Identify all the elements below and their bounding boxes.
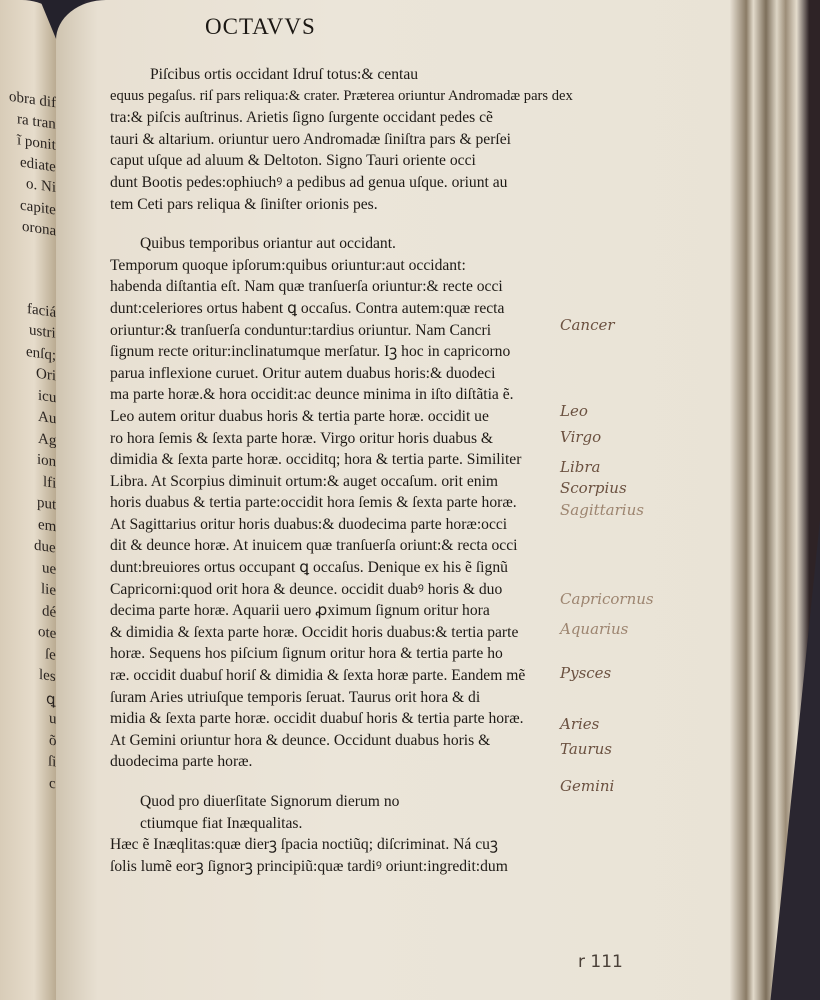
left-page-text-fragment: lie <box>41 581 56 600</box>
marginal-note: Leo <box>560 402 588 420</box>
left-page-text-fragment: ustri <box>29 322 56 343</box>
left-page-text-fragment: c <box>49 775 56 793</box>
left-page-text-fragment: capite <box>20 197 56 219</box>
text-line: tem Ceti pars reliqua & ſiniſter orionis… <box>110 194 565 216</box>
text-line: tra:& piſcis auſtrinus. Arietis ſigno ſu… <box>110 107 565 129</box>
text-line: decima parte horæ. Aquarii uero ꝓximum ſ… <box>110 600 565 622</box>
page-stack-edges <box>730 0 820 1000</box>
left-page-text-fragment: ra tran <box>17 111 56 133</box>
left-page-text-fragment: ꝗ <box>46 689 56 709</box>
left-page-text-fragment: Ag <box>38 430 56 450</box>
left-page-edge: obra difra tranĩ ponitediateo. Nicapiteo… <box>0 0 62 1000</box>
text-line: dunt:celeriores ortus habent ꝗ occaſus. … <box>110 298 565 320</box>
left-page-text-fragment: lfi <box>43 474 56 493</box>
text-line: caput uſque ad aluum & Deltoton. Signo T… <box>110 150 565 172</box>
text-line: horæ. Sequens hos piſcium ſignum oritur … <box>110 643 565 665</box>
text-line: ſuram Aries utriuſque temporis ſeruat. T… <box>110 687 565 709</box>
text-line: midia & ſexta parte horæ. occidit duabuſ… <box>110 708 565 730</box>
text-line: Temporum quoque ipſorum:quibus oriuntur:… <box>110 255 565 277</box>
left-page-text-fragment: ote <box>38 624 56 644</box>
text-line: Hæc ẽ Inæqlitas:quæ dierꝫ ſpacia noctiũq… <box>110 834 565 856</box>
paragraph-3: Hæc ẽ Inæqlitas:quæ dierꝫ ſpacia noctiũq… <box>110 834 565 877</box>
marginal-note: Virgo <box>560 428 601 446</box>
text-line: ræ. occidit duabuſ horiſ & dimidia & ſex… <box>110 665 565 687</box>
text-line: Capricorni:quod orit hora & deunce. occi… <box>110 579 565 601</box>
running-head: OCTAVVS <box>205 14 316 40</box>
paragraph-1: Piſcibus ortis occidant Idruſ totus:& ce… <box>110 64 565 215</box>
text-line: At Gemini oriuntur hora & deunce. Occidu… <box>110 730 565 752</box>
text-line: duodecima parte horæ. <box>110 751 565 773</box>
left-page-text-fragment: put <box>37 495 56 515</box>
text-line: ſignum recte oritur:inclinatumque merſat… <box>110 341 565 363</box>
left-page-text-fragment: ion <box>37 452 56 472</box>
left-page-text-fragment: enſq; <box>26 343 56 364</box>
marginal-note: Sagittarius <box>560 501 644 519</box>
left-page-text-fragment: faciá <box>27 300 56 321</box>
left-page-text-fragment: les <box>39 667 56 686</box>
left-page-text-fragment: icu <box>38 387 56 407</box>
left-page-text-fragment: ſi <box>48 753 56 771</box>
text-line: & dimidia & ſexta parte horæ. Occidit ho… <box>110 622 565 644</box>
text-line: dimidia & ſexta parte horæ. occiditq; ho… <box>110 449 565 471</box>
text-line: tauri & altarium. oriuntur uero Andromad… <box>110 129 565 151</box>
left-page-text-fragment: ſe <box>45 646 56 665</box>
text-line: ſolis lumẽ eorꝫ ſignorꝫ principiũ:quæ ta… <box>110 856 565 878</box>
left-page-text-fragment: ĩ ponit <box>17 132 56 154</box>
text-line: Leo autem oritur duabus horis & tertia p… <box>110 406 565 428</box>
left-page-text-fragment: due <box>34 537 56 557</box>
text-line: Piſcibus ortis occidant Idruſ totus:& ce… <box>110 64 565 86</box>
section-heading-2: Quod pro diuerſitate Signorum dierum no … <box>110 791 565 834</box>
section-heading-1: Quibus temporibus oriantur aut occidant. <box>110 233 565 255</box>
text-line: ma parte horæ.& hora occidit:ac deunce m… <box>110 384 565 406</box>
left-page-text-fragment: ue <box>42 560 56 579</box>
left-page-text-fragment: dé <box>42 603 56 622</box>
text-line: horis duabus & tertia parte:occidit hora… <box>110 492 565 514</box>
left-page-text-fragment: o. Ni <box>26 176 56 197</box>
text-line: dunt Bootis pedes:ophiuchꝰ a pedibus ad … <box>110 172 565 194</box>
left-page-text-fragment: õ <box>49 732 57 750</box>
text-line: oriuntur:& tranſuerſa conduntur:tardius … <box>110 320 565 342</box>
left-page-text-fragment: em <box>38 516 56 536</box>
left-page-text-fragment: Ori <box>36 366 56 386</box>
marginal-note: Scorpius <box>560 479 627 497</box>
marginal-note: Taurus <box>560 740 612 758</box>
heading-line: Quod pro diuerſitate Signorum dierum no <box>140 791 565 813</box>
marginal-note: Aries <box>560 715 599 733</box>
marginal-note: Libra <box>560 458 600 476</box>
marginal-note: Capricornus <box>560 590 654 608</box>
printed-text-block: Piſcibus ortis occidant Idruſ totus:& ce… <box>110 64 565 877</box>
left-page-text-fragment: obra dif <box>9 89 56 113</box>
signature-mark: r 111 <box>578 952 623 972</box>
left-page-text-fragment: ediate <box>20 154 56 176</box>
marginal-note: Aquarius <box>560 620 628 638</box>
text-line: dit & deunce horæ. At inuicem quæ tranſu… <box>110 535 565 557</box>
text-line: dunt:breuiores ortus occupant ꝗ occaſus.… <box>110 557 565 579</box>
left-page-text-fragment: orona <box>22 219 56 241</box>
text-line: Libra. At Scorpius diminuit ortum:& auge… <box>110 471 565 493</box>
left-page-text-fragment: u <box>49 710 57 728</box>
marginal-note: Gemini <box>560 777 614 795</box>
heading-line: ctiumque fiat Inæqualitas. <box>140 813 565 835</box>
text-line: equus pegaſus. riſ pars reliqua:& crater… <box>110 86 565 108</box>
text-line: ro hora ſemis & ſexta parte horæ. Virgo … <box>110 428 565 450</box>
paragraph-2: Temporum quoque ipſorum:quibus oriuntur:… <box>110 255 565 773</box>
marginal-note: Cancer <box>560 316 615 334</box>
text-line: parua inflexione curuet. Oritur autem du… <box>110 363 565 385</box>
text-line: At Sagittarius oritur horis duabus:& duo… <box>110 514 565 536</box>
left-page-text-fragment: Au <box>38 409 56 429</box>
marginal-note: Pysces <box>560 664 611 682</box>
text-line: habenda diſtantia eſt. Nam quæ tranſuerſ… <box>110 276 565 298</box>
